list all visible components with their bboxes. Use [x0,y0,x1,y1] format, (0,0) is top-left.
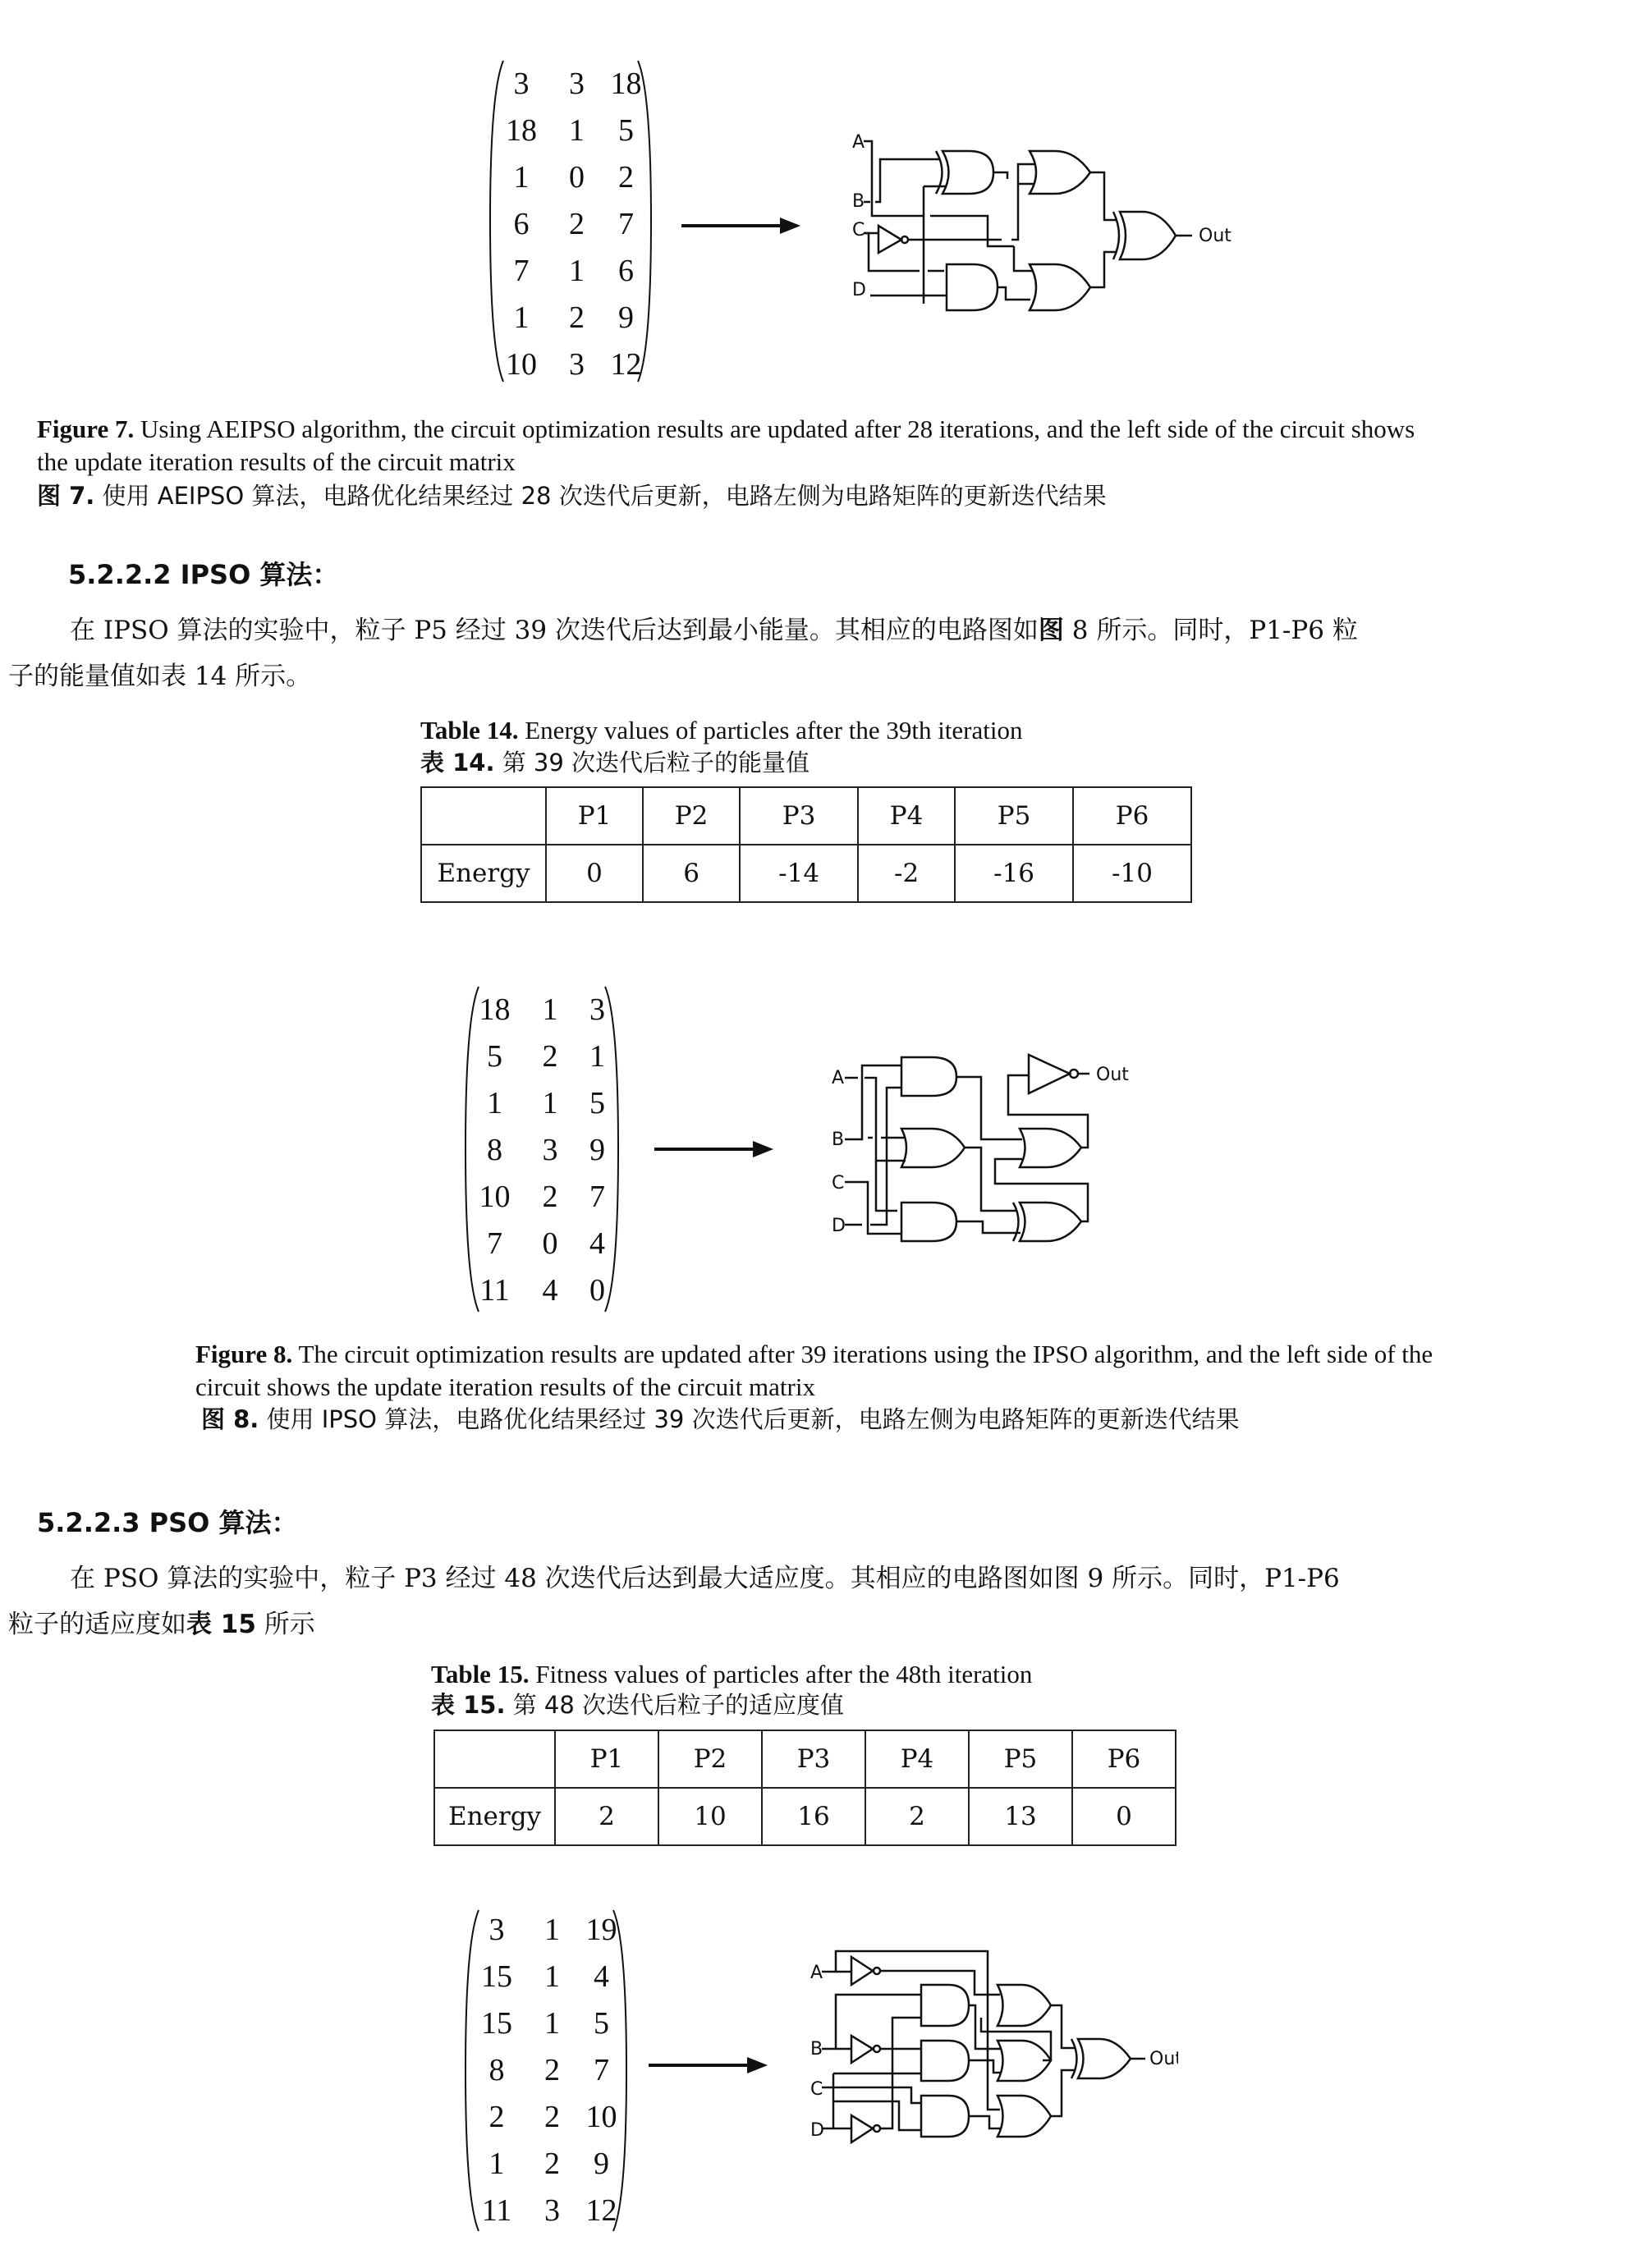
figure7-circuit-diagram: A B C D [837,123,1248,337]
svg-text:C: C [832,1173,844,1194]
matrix-cell: 1 [530,1913,575,1946]
matrix-cell: 1 [554,254,599,287]
matrix-cell: 8 [464,1134,525,1166]
table-header-cell: P5 [969,1730,1072,1788]
matrix-cell: 8 [464,2054,530,2087]
matrix-cell: 1 [464,1087,525,1120]
matrix-cell: 2 [554,208,599,241]
matrix-cell: 4 [575,1227,620,1260]
right-arrow-icon [681,218,800,234]
svg-text:D: D [810,2120,824,2141]
svg-text:D: D [832,1216,846,1236]
figure8-circuit-diagram: A B C D [825,1042,1154,1248]
matrix-cell: 11 [464,1274,525,1307]
matrix-cell: 12 [599,348,653,381]
row-label: Energy [434,1788,555,1845]
matrix-cell: 7 [599,208,653,241]
matrix-cell: 1 [575,1040,620,1073]
matrix-cell: 6 [599,254,653,287]
matrix-cell: 6 [488,208,554,241]
table-cell: -14 [740,845,858,902]
section-heading-ipso: 5.2.2.2 IPSO 算法： [68,554,338,592]
right-arrow-icon [649,2057,768,2073]
svg-text:Out: Out [1096,1065,1129,1085]
matrix-cell: 1 [488,161,554,194]
matrix-cell: 18 [599,67,653,100]
matrix-cell: 2 [599,161,653,194]
matrix-cell: 0 [554,161,599,194]
matrix-cell: 15 [464,2007,530,2040]
table15-caption-zh: 表 15. 第 48 次迭代后粒子的适应度值 [431,1689,844,1720]
figure7-caption-en: Figure 7. Using AEIPSO algorithm, the ci… [37,413,1621,479]
table-header-cell: P2 [658,1730,762,1788]
matrix-cell: 2 [554,301,599,334]
matrix-cell: 1 [554,114,599,147]
matrix-cell: 9 [599,301,653,334]
matrix-cell: 1 [488,301,554,334]
matrix-cell: 2 [464,2101,530,2133]
row-label: Energy [421,845,546,902]
matrix-cell: 12 [575,2194,628,2227]
table-header-cell: P3 [740,787,858,845]
matrix-cell: 1 [530,2007,575,2040]
figure8-matrix: 1813 521 115 839 1027 704 1140 [464,985,620,1313]
figure8-caption-zh: 图 8. 使用 IPSO 算法，电路优化结果经过 39 次迭代后更新，电路左侧为… [201,1404,1240,1435]
matrix-cell: 7 [575,2054,628,2087]
table-cell: 10 [658,1788,762,1845]
matrix-cell: 3 [525,1134,575,1166]
svg-text:D: D [852,280,866,300]
matrix-cell: 3 [464,1913,530,1946]
table-cell: 16 [762,1788,865,1845]
table-cell: -16 [955,845,1073,902]
table-header-cell: P4 [865,1730,969,1788]
table-cell: 2 [555,1788,658,1845]
table-cell: 2 [865,1788,969,1845]
table-cell: 6 [643,845,740,902]
matrix-cell: 5 [575,2007,628,2040]
matrix-cell: 9 [575,1134,620,1166]
matrix-cell: 1 [525,993,575,1026]
table-header-cell: P5 [955,787,1073,845]
matrix-cell: 10 [575,2101,628,2133]
matrix-cell: 10 [488,348,554,381]
matrix-cell: 7 [464,1227,525,1260]
table14: P1 P2 P3 P4 P5 P6 Energy 0 6 -14 -2 -16 … [420,786,1192,903]
svg-text:B: B [810,2039,823,2060]
matrix-cell: 5 [464,1040,525,1073]
matrix-cell: 3 [530,2194,575,2227]
table-cell: 0 [546,845,643,902]
matrix-cell: 2 [530,2101,575,2133]
table-row: Energy 2 10 16 2 13 0 [434,1788,1176,1845]
figure7-matrix: 3318 1815 102 627 716 129 10312 [488,59,653,383]
table-header-cell [434,1730,555,1788]
document-page: 3318 1815 102 627 716 129 10312 A B C D [0,0,1642,2268]
matrix-cell: 5 [575,1087,620,1120]
table-header-cell: P1 [555,1730,658,1788]
matrix-cell: 4 [575,1960,628,1993]
matrix-cell: 11 [464,2194,530,2227]
matrix-cell: 7 [575,1180,620,1213]
matrix-cell: 3 [575,993,620,1026]
table-header-cell [421,787,546,845]
matrix-cell: 1 [530,1960,575,1993]
matrix-cell: 9 [575,2147,628,2180]
matrix-cell: 1 [525,1087,575,1120]
figure7-caption-zh: 图 7. 使用 AEIPSO 算法，电路优化结果经过 28 次迭代后更新，电路左… [37,480,1107,511]
matrix-cell: 18 [488,114,554,147]
table14-caption-zh: 表 14. 第 39 次迭代后粒子的能量值 [420,747,810,778]
matrix-cell: 2 [525,1040,575,1073]
matrix-cell: 2 [525,1180,575,1213]
table14-caption-en: Table 14. Energy values of particles aft… [420,714,1023,747]
matrix-cell: 5 [599,114,653,147]
table-header-row: P1 P2 P3 P4 P5 P6 [421,787,1191,845]
table-header-cell: P2 [643,787,740,845]
matrix-cell: 3 [488,67,554,100]
svg-text:C: C [852,220,865,241]
svg-text:Out: Out [1149,2049,1178,2069]
matrix-cell: 18 [464,993,525,1026]
matrix-cell: 7 [488,254,554,287]
table-cell: 0 [1072,1788,1176,1845]
section-pso-paragraph: 在 PSO 算法的实验中，粒子 P3 经过 48 次迭代后达到最大适应度。其相应… [8,1556,1630,1647]
matrix-cell: 10 [464,1180,525,1213]
svg-text:B: B [832,1129,844,1150]
svg-text:C: C [810,2079,823,2100]
matrix-cell: 3 [554,67,599,100]
svg-text:A: A [852,132,865,153]
table-header-cell: P6 [1073,787,1191,845]
svg-text:A: A [832,1068,844,1088]
matrix-cell: 19 [575,1913,628,1946]
matrix-cell: 15 [464,1960,530,1993]
section-ipso-paragraph: 在 IPSO 算法的实验中，粒子 P5 经过 39 次迭代后达到最小能量。其相应… [8,607,1617,699]
matrix-cell: 2 [530,2054,575,2087]
table-cell: 13 [969,1788,1072,1845]
matrix-cell: 3 [554,348,599,381]
table15-caption-en: Table 15. Fitness values of particles af… [431,1658,1032,1691]
table-header-row: P1 P2 P3 P4 P5 P6 [434,1730,1176,1788]
matrix-cell: 0 [575,1274,620,1307]
svg-text:A: A [810,1963,823,1983]
table-header-cell: P3 [762,1730,865,1788]
table-header-cell: P6 [1072,1730,1176,1788]
matrix-cell: 0 [525,1227,575,1260]
table-cell: -2 [858,845,955,902]
figure8-caption-en: Figure 8. The circuit optimization resul… [195,1338,1632,1404]
table-header-cell: P1 [546,787,643,845]
matrix-cell: 1 [464,2147,530,2180]
figure9-circuit-diagram: A B C D [800,1945,1178,2159]
table-row: Energy 0 6 -14 -2 -16 -10 [421,845,1191,902]
table-cell: -10 [1073,845,1191,902]
svg-text:Out: Out [1199,226,1231,246]
table15: P1 P2 P3 P4 P5 P6 Energy 2 10 16 2 13 0 [433,1730,1176,1846]
section-heading-pso: 5.2.2.3 PSO 算法： [37,1502,298,1540]
matrix-cell: 2 [530,2147,575,2180]
matrix-cell: 4 [525,1274,575,1307]
figure9-matrix: 3119 1514 1515 827 2210 129 11312 [464,1908,628,2233]
table-header-cell: P4 [858,787,955,845]
right-arrow-icon [654,1141,773,1157]
svg-text:B: B [852,191,865,212]
